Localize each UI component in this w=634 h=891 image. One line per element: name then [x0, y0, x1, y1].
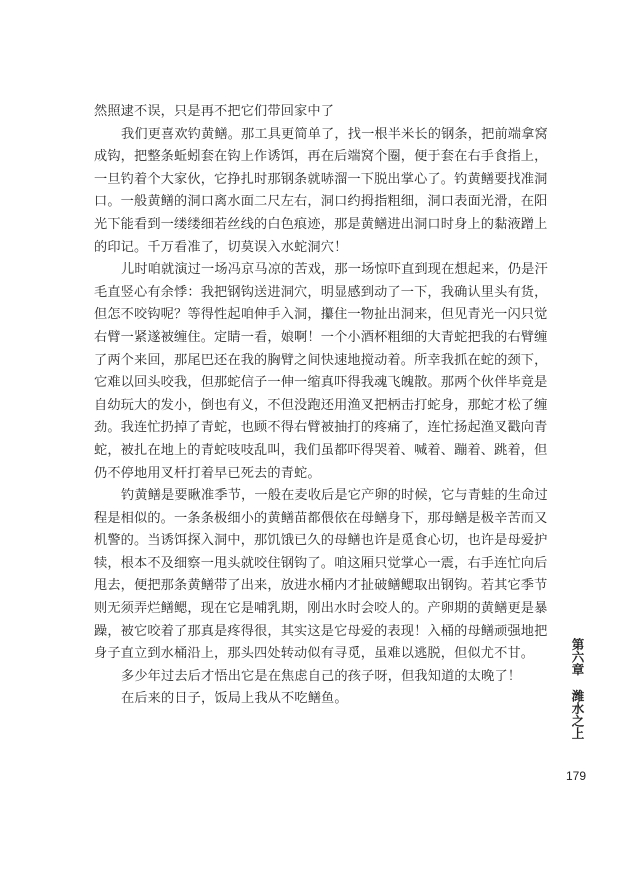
page-number: 179 [566, 769, 586, 783]
chapter-label: 第六章 [570, 638, 585, 676]
chapter-title: 潍水之上 [570, 690, 585, 740]
paragraph-start-line: 在后来的日子，饭局上我从不吃鳝鱼。 [94, 688, 546, 711]
chapter-running-head: 第六章潍水之上 [569, 638, 585, 740]
text-line: 犊，根本不及细察一甩头就咬住钢钩了。咱这厢只觉掌心一震，右手连忙向后 [94, 553, 546, 576]
text-line: 但怎不咬钩呢？等得性起咱伸手入洞，攥住一物扯出洞来，但见青光一闪只觉 [94, 304, 546, 327]
text-line: 则无须弄烂鳝鳃，现在它是哺乳期，刚出水时会咬人的。产卵期的黄鳝更是暴 [94, 598, 546, 621]
text-line: 程是相似的。一条条极细小的黄鳝苗都偎依在母鳝身下，那母鳝是极辛苦而又 [94, 508, 546, 531]
text-line: 的印记。千万看准了，切莫误入水蛇洞穴！ [94, 237, 546, 260]
body-text: 然照逮不误，只是再不把它们带回家中了 我们更喜欢钓黄鳝。那工具更简单了，找一根半… [94, 101, 546, 711]
text-line: 了两个来回，那尾巴还在我的胸臂之间快速地搅动着。所幸我抓在蛇的颈下， [94, 350, 546, 373]
paragraph-start-line: 我们更喜欢钓黄鳝。那工具更简单了，找一根半米长的钢条，把前端拿窝 [94, 124, 546, 147]
text-line: 劲。我连忙扔掉了青蛇，也顾不得右臂被抽打的疼痛了，连忙扬起渔叉戳向青 [94, 417, 546, 440]
text-line: 成钩，把整条蚯蚓套在钩上作诱饵，再在后端窝个圈，便于套在右手食指上， [94, 146, 546, 169]
text-line: 一旦钓着个大家伙，它挣扎时那钢条就哧溜一下脱出掌心了。钓黄鳝要找准洞 [94, 169, 546, 192]
text-line: 毛直竖心有余悸：我把钢钩送进洞穴，明显感到动了一下，我确认里头有货， [94, 282, 546, 305]
text-line: 机警的。当诱饵探入洞中，那饥饿已久的母鳝也许是觅食心切，也许是母爱护 [94, 530, 546, 553]
text-line: 躁，被它咬着了那真是疼得很，其实这是它母爱的表现！入桶的母鳝顽强地把 [94, 621, 546, 644]
book-page: 然照逮不误，只是再不把它们带回家中了 我们更喜欢钓黄鳝。那工具更简单了，找一根半… [0, 0, 634, 891]
text-line: 甩去，便把那条黄鳝带了出来，放进水桶内才扯破鳝鳃取出钢钩。若其它季节 [94, 575, 546, 598]
text-line: 身子直立到水桶沿上，那头四处转动似有寻觅，虽难以逃脱，但似尤不甘。 [94, 643, 546, 666]
text-line: 光下能看到一缕缕细若丝线的白色痕迹，那是黄鳝进出洞口时身上的黏液蹭上 [94, 214, 546, 237]
paragraph-start-line: 儿时咱就演过一场冯京马凉的苦戏，那一场惊吓直到现在想起来，仍是汗 [94, 259, 546, 282]
text-line: 然照逮不误，只是再不把它们带回家中了 [94, 101, 546, 124]
text-line: 右臂一紧遂被缠住。定睛一看，娘啊！一个小酒杯粗细的大青蛇把我的右臂缠 [94, 327, 546, 350]
text-line: 口。一般黄鳝的洞口离水面二尺左右，洞口约拇指粗细，洞口表面光滑，在阳 [94, 191, 546, 214]
paragraph-start-line: 多少年过去后才悟出它是在焦虑自己的孩子呀，但我知道的太晚了！ [94, 666, 546, 689]
text-line: 蛇，被扎在地上的青蛇吱吱乱叫，我们虽都吓得哭着、喊着、蹦着、跳着，但 [94, 440, 546, 463]
paragraph-start-line: 钓黄鳝是要瞅准季节，一般在麦收后是它产卵的时候，它与青蛙的生命过 [94, 485, 546, 508]
text-line: 它难以回头咬我，但那蛇信子一伸一缩真吓得我魂飞魄散。那两个伙伴毕竟是 [94, 372, 546, 395]
text-line: 自幼玩大的发小，倒也有义，不但没跑还用渔叉把柄击打蛇身，那蛇才松了缠 [94, 395, 546, 418]
text-line: 仍不停地用叉杆打着早已死去的青蛇。 [94, 463, 546, 486]
